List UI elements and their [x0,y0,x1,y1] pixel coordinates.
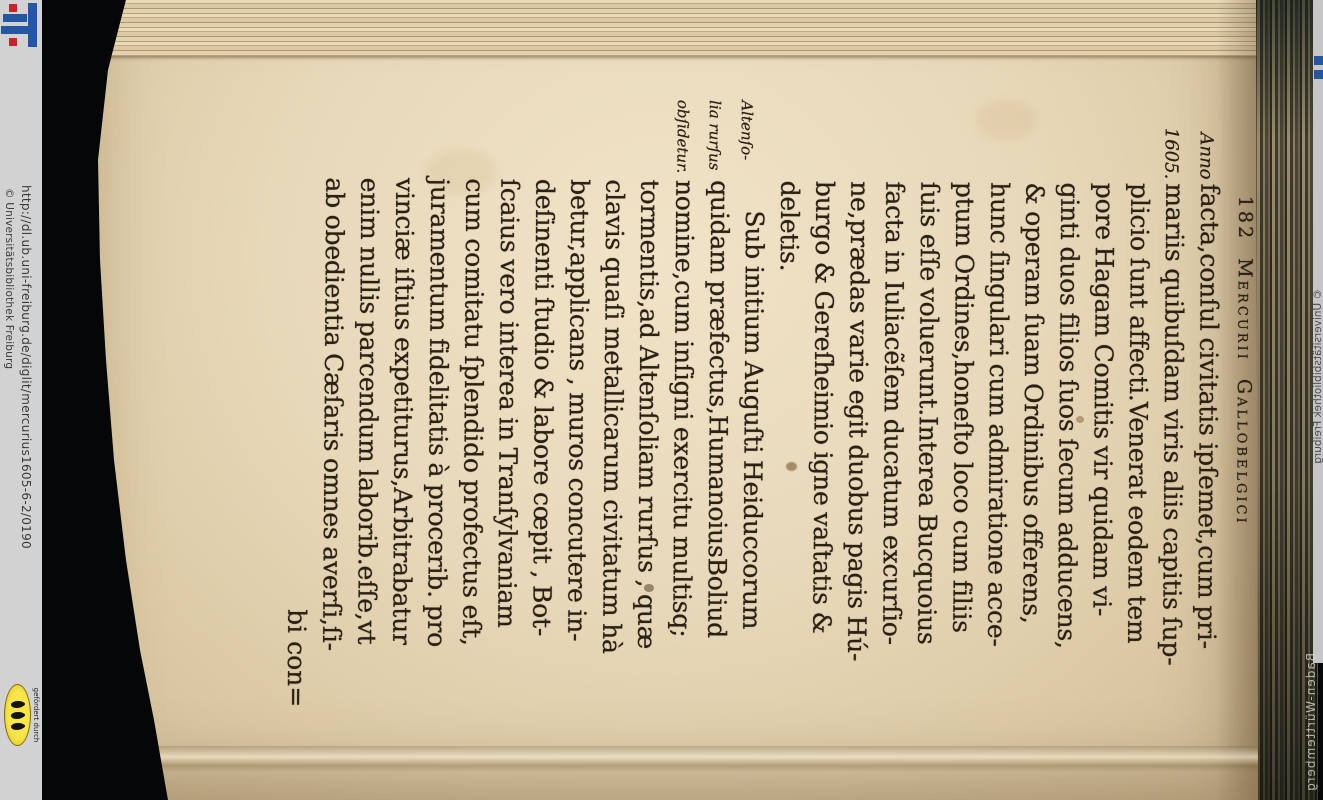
body-line: plicio ſunt affecti.Venerat eodem tem [1119,183,1158,717]
body-line: enim nullis parcendum laborib.eſſe,vt [349,178,388,712]
body-line: deletis. [769,181,808,715]
margin-note-altensolia: Altenſo-lia rurſusobſidetur. [666,100,763,185]
body-line: hunc ſingulari cum admiratione acce- [979,182,1018,716]
scan-viewer: Anno1605. Altenſo-lia rurſusobſidetur. 1… [0,0,1323,800]
body-line: clavis quaſi metallicarum civitatum hà [594,179,633,713]
body-line: pore Hagam Comitis vir quidam vi- [1084,183,1123,717]
body-line: ginti duos filios ſuos ſecum adducens, [1049,182,1088,716]
body-line: nomine,cum inſigni exercitu multisq; [664,180,703,714]
catchword: bi con= [279,177,318,711]
page-crease [96,746,1262,772]
funding-label: gefördert durch [32,680,40,750]
body-line: ne,prædas varie egit duobus pagis Hú- [839,181,878,715]
body-line: ſuis eſſe voluerunt.Interea Bucquoius [909,182,948,716]
body-line: Sub initium Auguſti Heiduccorum [734,180,773,714]
page-stack-edge [96,0,1262,56]
body-line: quidam præfectus,HumanoiusBoliud [699,180,738,714]
funding-badge: gefördert durch [4,680,40,750]
body-line: ptum Ordines,honeſto loco cum filiis [944,182,983,716]
body-line: facta in Iuliacẽſem ducatum excurſio- [874,181,913,715]
body-line: vinciæ iſtius expetiturus,Arbitrabatur [384,178,423,712]
body-line: & operam ſuam Ordinibus offerens, [1014,182,1053,716]
body-line: cum comitatu ſplendido profectus eſt, [454,178,493,712]
copyright-text: © Universitätsbibliothek Freiburg [3,188,15,369]
body-line: deſinenti ſtudio & labore cœpit , Bot- [524,179,563,713]
body-line: ab obedientia Cæſaris omnes averſi,ſi- [314,177,353,711]
scan-url-text: http://dl.ub.uni-freiburg.de/diglit/merc… [19,185,33,549]
body-line: mariis quibuſdam viris aliis capitis ſup… [1154,183,1193,717]
body-line: burgo & Gereſheimio igne vaſtatis & [804,181,843,715]
text-column: 182 Mercurii Gallobelgici facta,conſul c… [279,177,1268,718]
running-header: 182 Mercurii Gallobelgici [1224,184,1264,718]
coat-of-arms-icon [4,684,31,746]
body-line: tormentis,ad Altenſoliam rurſus , quæ [629,180,668,714]
body-lines: facta,conſul civitatis ipſemet,cum pri-m… [314,177,1228,717]
body-line: facta,conſul civitatis ipſemet,cum pri- [1189,183,1228,717]
body-line: ſcaius vero interea in Tranſylvaniam [489,179,528,713]
margin-note-anno: Anno1605. [1153,97,1224,179]
library-logo-fragment-icon [1314,70,1323,79]
copyright-text-mirrored: © Universitätsbibliothek Freiburg [1312,289,1323,464]
library-logo-icon [0,0,42,52]
body-line: betur,applicans , muros concutere in- [559,179,598,713]
funding-region-text-mirrored: Baden-Württemberg [1304,653,1318,792]
page-text-block: Anno1605. Altenſo-lia rurſusobſidetur. 1… [244,85,1268,718]
body-line: juramentum fidelitatis à procerib. pro [419,178,458,712]
library-logo-fragment-icon [1314,56,1323,65]
